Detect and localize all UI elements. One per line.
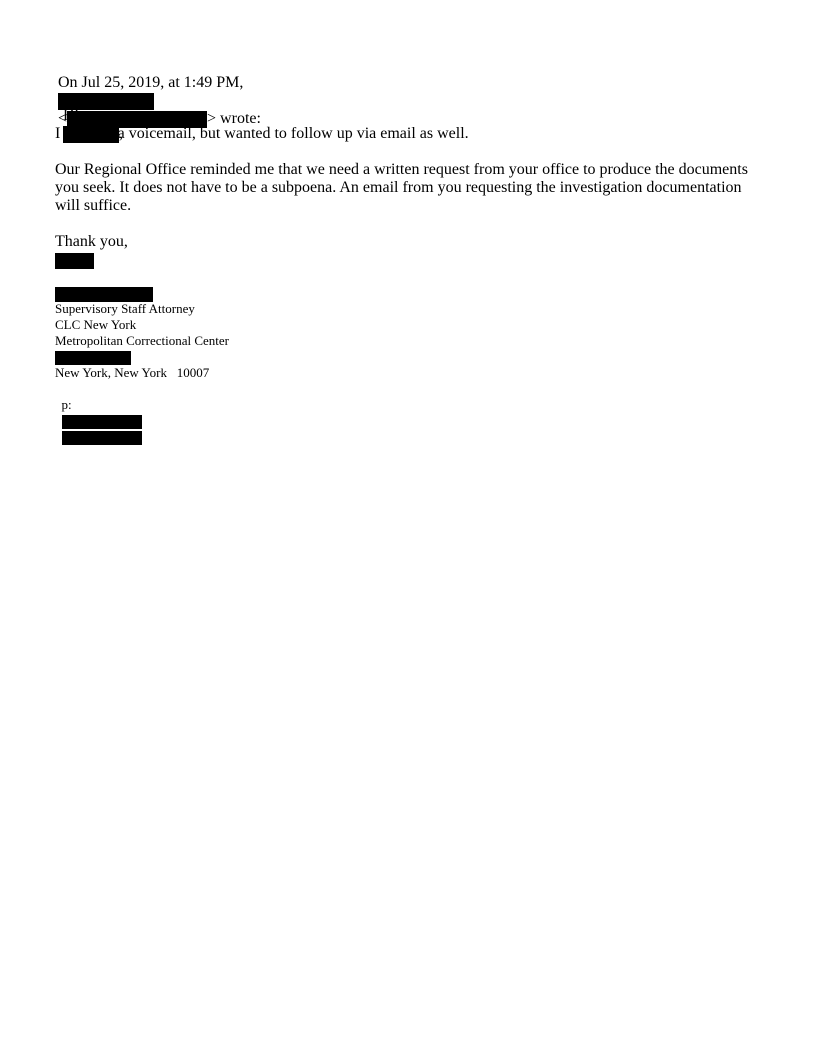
fax-label: f: bbox=[62, 413, 70, 428]
body-paragraph-1: I left you a voicemail, but wanted to fo… bbox=[55, 125, 765, 143]
body-paragraph-2: Our Regional Office reminded me that we … bbox=[55, 161, 765, 215]
signature-organization: Metropolitan Correctional Center bbox=[55, 333, 229, 349]
redacted-signer-full-name bbox=[55, 287, 153, 302]
closing: Thank you, bbox=[55, 233, 128, 251]
redacted-signer-first-name bbox=[55, 253, 94, 269]
signature-department: CLC New York bbox=[55, 317, 136, 333]
signature-title: Supervisory Staff Attorney bbox=[55, 301, 195, 317]
greeting-text: Hi bbox=[63, 107, 79, 124]
signature-fax: f: bbox=[55, 397, 142, 445]
redacted-street-address bbox=[55, 351, 131, 365]
redacted-fax-number bbox=[62, 431, 142, 445]
signature-city-line: New York, New York 10007 bbox=[55, 365, 209, 381]
